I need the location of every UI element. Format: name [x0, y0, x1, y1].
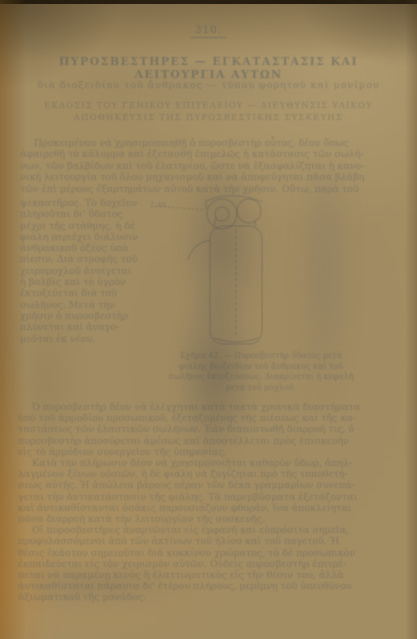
caption-line: φιάλης διοξειδίου τοῦ ἄνθρακος καὶ τοῦ — [125, 362, 397, 373]
text-line: πᾶσα διαρροὴ κατὰ τὴν λειτουργίαν τῆς συ… — [18, 514, 402, 525]
text-line: προφυλασσόμενοι ἀπὸ τῶν ἀκτίνων τοῦ ἡλίο… — [18, 536, 402, 547]
text-line: ἀνθρακικοῦ ὀξέος ὑπὸ — [20, 243, 166, 254]
text-line: λαγμένον ξένων οὐσιῶν, ἡ δὲ φιάλη νὰ ζυγ… — [18, 469, 402, 480]
caption-line: Σχῆμα 42. — Πυροσβεστὴρ ὕδατος μετὰ — [125, 351, 397, 362]
paragraph: Κατὰ τὴν πλήρωσιν δέον νὰ χρησιμοποιῆται… — [18, 458, 402, 525]
right-edge-shadow — [405, 0, 417, 639]
text-line: πίεσιν. Διὰ στροφῆς τοῦ — [20, 254, 166, 265]
text-line: μοῦται ἐκ νέου. — [20, 334, 166, 345]
valve-wheel-inner-circle — [215, 207, 229, 221]
text-line: ἀφαιρεθῇ τὸ κάλυμμα καὶ ἐξετασθῇ ἐπιμελῶ… — [20, 149, 400, 160]
text-line: νων, τῶν βαλβίδων καὶ τοῦ ἐλατηρίου, ὥστ… — [20, 161, 400, 172]
hose-curve — [188, 240, 210, 260]
text-line: χρῆσιν ὁ πυροσβεστὴρ — [20, 311, 166, 322]
text-line: ἐκπαιδεύεται εἰς τὸν χειρισμὸν αὐτῶν. Οὐ… — [18, 559, 402, 570]
chapter-subtitle-line1: ΕΚΔΟΣΙΣ ΤΟΥ ΓΕΝΙΚΟΥ ΕΠΙΤΕΛΕΙΟΥ — ΔΙΕΥΘΥΝ… — [26, 101, 391, 111]
text-line: ταστάσεως τῶν ἐλαστικῶν σωλήνων. Ἐὰν δια… — [18, 424, 402, 435]
text-line: ὑπὸ τοῦ ἁρμοδίου προσωπικοῦ, ἐξεταζομένη… — [18, 413, 402, 424]
text-line: εἰς τὸ ἁρμόδιον συνεργεῖον τῆς ὑπηρεσίας… — [18, 447, 402, 458]
gauge-circle — [237, 199, 261, 223]
text-line: ἀξιωματικοῦ τῆς μονάδος. — [18, 592, 402, 603]
text-line: ἀντικαθίσταται πάραυτα δι' ἑτέρου πλήρου… — [18, 581, 402, 592]
page-number: 310. — [191, 25, 225, 38]
intro-paragraph: Προκειμένου νὰ χρησιμοποιηθῇ ὁ πυροσβεστ… — [20, 138, 400, 195]
body-text: Ὁ πυροσβεστὴρ δέον νὰ ἐλέγχηται κατὰ τακ… — [18, 402, 402, 604]
text-line: Κατὰ τὴν πλήρωσιν δέον νὰ χρησιμοποιῆται… — [18, 458, 402, 469]
text-line: σωλῆνος. Μετὰ τὴν — [20, 300, 166, 311]
text-line: θέσις ἑκάστου σημειοῦται διὰ κοκκίνου χρ… — [18, 548, 402, 559]
leader-line — [156, 206, 204, 210]
text-line: σεως αὐτῆς. Ἡ ἀπώλεια βάρους πέραν τῶν δ… — [18, 480, 402, 491]
chapter-title-line2: διὰ διοξειδίου τοῦ ἄνθρακος — τύπου φορη… — [30, 80, 387, 91]
text-line: Οἱ πυροσβεστῆρες ἀναρτῶνται εἰς ἐμφανῆ κ… — [18, 525, 402, 536]
text-line: πληροῦται δι' ὕδατος — [20, 209, 166, 220]
text-line: ἐκτοξεύεται διὰ τοῦ — [20, 288, 166, 299]
text-line: ψεκαστῆρος. Τὸ δοχεῖον — [20, 198, 166, 209]
caption-line: σωλῆνος ἐκτοξεύσεως. Διακρίνεται ἡ κεφαλ… — [125, 372, 397, 383]
text-line: φιάλη περιέχει διάλυσιν — [20, 232, 166, 243]
wrapped-text-column: ψεκαστῆρος. Τὸ δοχεῖονπληροῦται δι' ὕδατ… — [20, 198, 166, 345]
text-line: πεται νὰ παραμένῃ κενὸς ἢ ἐλαττωματικὸς … — [18, 570, 402, 581]
chapter-subtitle-line2: ΑΠΟΘΗΚΕΥΣΙΣ ΤΗΣ ΠΥΡΟΣΒΕΣΤΙΚΗΣ ΣΥΣΚΕΥΗΣ — [26, 113, 391, 123]
text-line: πλύνεται καὶ ἀναγο- — [20, 322, 166, 333]
paragraph: Οἱ πυροσβεστῆρες ἀναρτῶνται εἰς ἐμφανῆ κ… — [18, 525, 402, 603]
base-arc — [214, 338, 258, 342]
scanned-book-page: 310. ΠΥΡΟΣΒΕΣΤΗΡΕΣ — ΕΓΚΑΤΑΣΤΑΣΙΣ ΚΑΙ ΛΕ… — [0, 0, 417, 639]
extinguisher-figure — [148, 188, 323, 353]
text-line: νικὴ λειτουργία τοῦ ὅλου μηχανισμοῦ καὶ … — [20, 172, 400, 183]
text-line: Ὁ πυροσβεστὴρ δέον νὰ ἐλέγχηται κατὰ τακ… — [18, 402, 402, 413]
page-number-row: 310. — [0, 25, 417, 38]
text-line: πυροσβεστὴρ ἀποσύρεται ἀμέσως καὶ ἀποστέ… — [18, 436, 402, 447]
paragraph: Ὁ πυροσβεστὴρ δέον νὰ ἐλέγχηται κατὰ τακ… — [18, 402, 402, 458]
text-line: καὶ ἀντικαθίστανται ὁσάκις παρουσιάζουν … — [18, 503, 402, 514]
scan-top-border — [0, 0, 417, 4]
chapter-title-line1: ΠΥΡΟΣΒΕΣΤΗΡΕΣ — ΕΓΚΑΤΑΣΤΑΣΙΣ ΚΑΙ ΛΕΙΤΟΥΡ… — [22, 55, 395, 81]
figure-caption: Σχῆμα 42. — Πυροσβεστὴρ ὕδατος μετὰφιάλη… — [125, 351, 397, 393]
text-line: Προκειμένου νὰ χρησιμοποιηθῇ ὁ πυροσβεστ… — [20, 138, 400, 149]
caption-line: μετὰ τοῦ μοχλοῦ. — [125, 383, 397, 394]
text-line: χειρομοχλοῦ ἀνοίγεται — [20, 266, 166, 277]
text-line: ἡ βαλβὶς καὶ τὸ ὑγρὸν — [20, 277, 166, 288]
valve-wheel-circle — [207, 199, 237, 229]
text-line: μέχρι τῆς στάθμης, ἡ δὲ — [20, 221, 166, 232]
text-line: γεται τὴν ἀντικατάστασιν τῆς φιάλης. Τὰ … — [18, 492, 402, 503]
